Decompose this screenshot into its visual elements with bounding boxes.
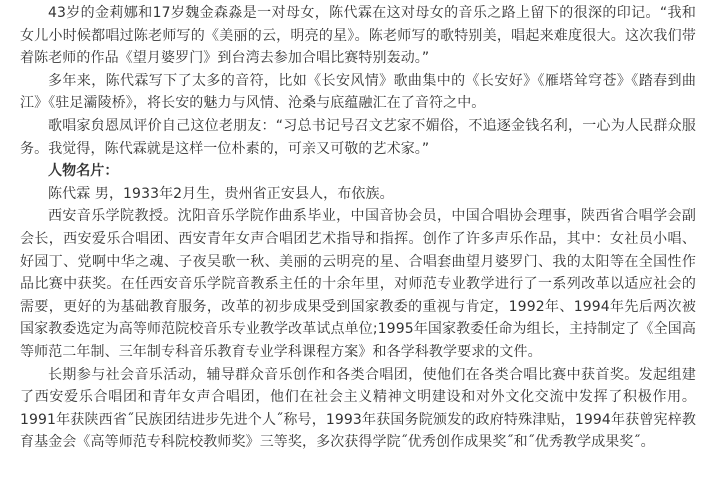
paragraph-singer-comment: 歌唱家贠恩凤评价自己这位老朋友：“习总书记号召文艺家不媚俗，不追逐金钱名利，一心…	[20, 115, 696, 160]
paragraph-mother-daughter: 43岁的金莉娜和17岁魏金森淼是一对母女，陈代霖在这对母女的音乐之路上留下的很深…	[20, 2, 696, 70]
profile-social-activities: 长期参与社会音乐活动，辅导群众音乐创作和各类合唱团，使他们在各类合唱比赛中获首奖…	[20, 364, 696, 454]
profile-basic-info: 陈代霖 男，1933年2月生，贵州省正安县人，布依族。	[20, 183, 696, 206]
profile-heading: 人物名片：	[20, 160, 696, 183]
article-body: 43岁的金莉娜和17岁魏金森淼是一对母女，陈代霖在这对母女的音乐之路上留下的很深…	[20, 2, 696, 454]
paragraph-chang-an-songs: 多年来，陈代霖写下了太多的音符，比如《长安风情》歌曲集中的《长安好》《雁塔耸穹苍…	[20, 70, 696, 115]
profile-career: 西安音乐学院教授。沈阳音乐学院作曲系毕业，中国音协会员，中国合唱协会理事，陕西省…	[20, 205, 696, 363]
